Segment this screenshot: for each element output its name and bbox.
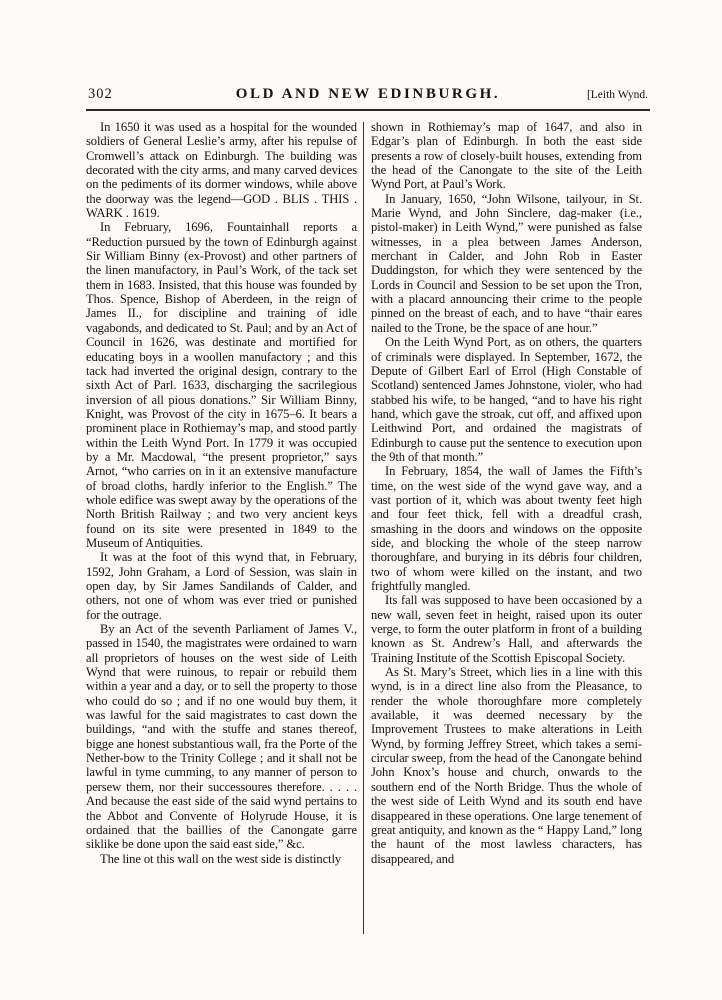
paragraph: The line ot this wall on the west side i… (86, 852, 357, 866)
paragraph: As St. Mary’s Street, which lies in a li… (371, 665, 642, 866)
paragraph: In February, 1696, Fountainhall reports … (86, 220, 357, 550)
paragraph: In January, 1650, “John Wilsone, tailyou… (371, 192, 642, 335)
paragraph: In February, 1854, the wall of James the… (371, 464, 642, 593)
paragraph: Its fall was supposed to have been occas… (371, 593, 642, 665)
page-number: 302 (88, 86, 178, 103)
paragraph: shown in Rothiemay’s map of 1647, and al… (371, 120, 642, 192)
text-column-right: shown in Rothiemay’s map of 1647, and al… (364, 120, 642, 942)
text-column-left: In 1650 it was used as a hospital for th… (86, 120, 363, 942)
text-columns: In 1650 it was used as a hospital for th… (86, 120, 650, 942)
paragraph: It was at the foot of this wynd that, in… (86, 550, 357, 622)
paragraph: In 1650 it was used as a hospital for th… (86, 120, 357, 220)
page-header: 302 OLD AND NEW EDINBURGH. [Leith Wynd. (86, 86, 650, 111)
running-title: OLD AND NEW EDINBURGH. (178, 86, 558, 103)
book-page: 302 OLD AND NEW EDINBURGH. [Leith Wynd. … (0, 0, 722, 1000)
paragraph: By an Act of the seventh Parliament of J… (86, 622, 357, 852)
page-content: 302 OLD AND NEW EDINBURGH. [Leith Wynd. … (86, 86, 650, 942)
running-head-right: [Leith Wynd. (558, 89, 648, 101)
paragraph: On the Leith Wynd Port, as on others, th… (371, 335, 642, 464)
